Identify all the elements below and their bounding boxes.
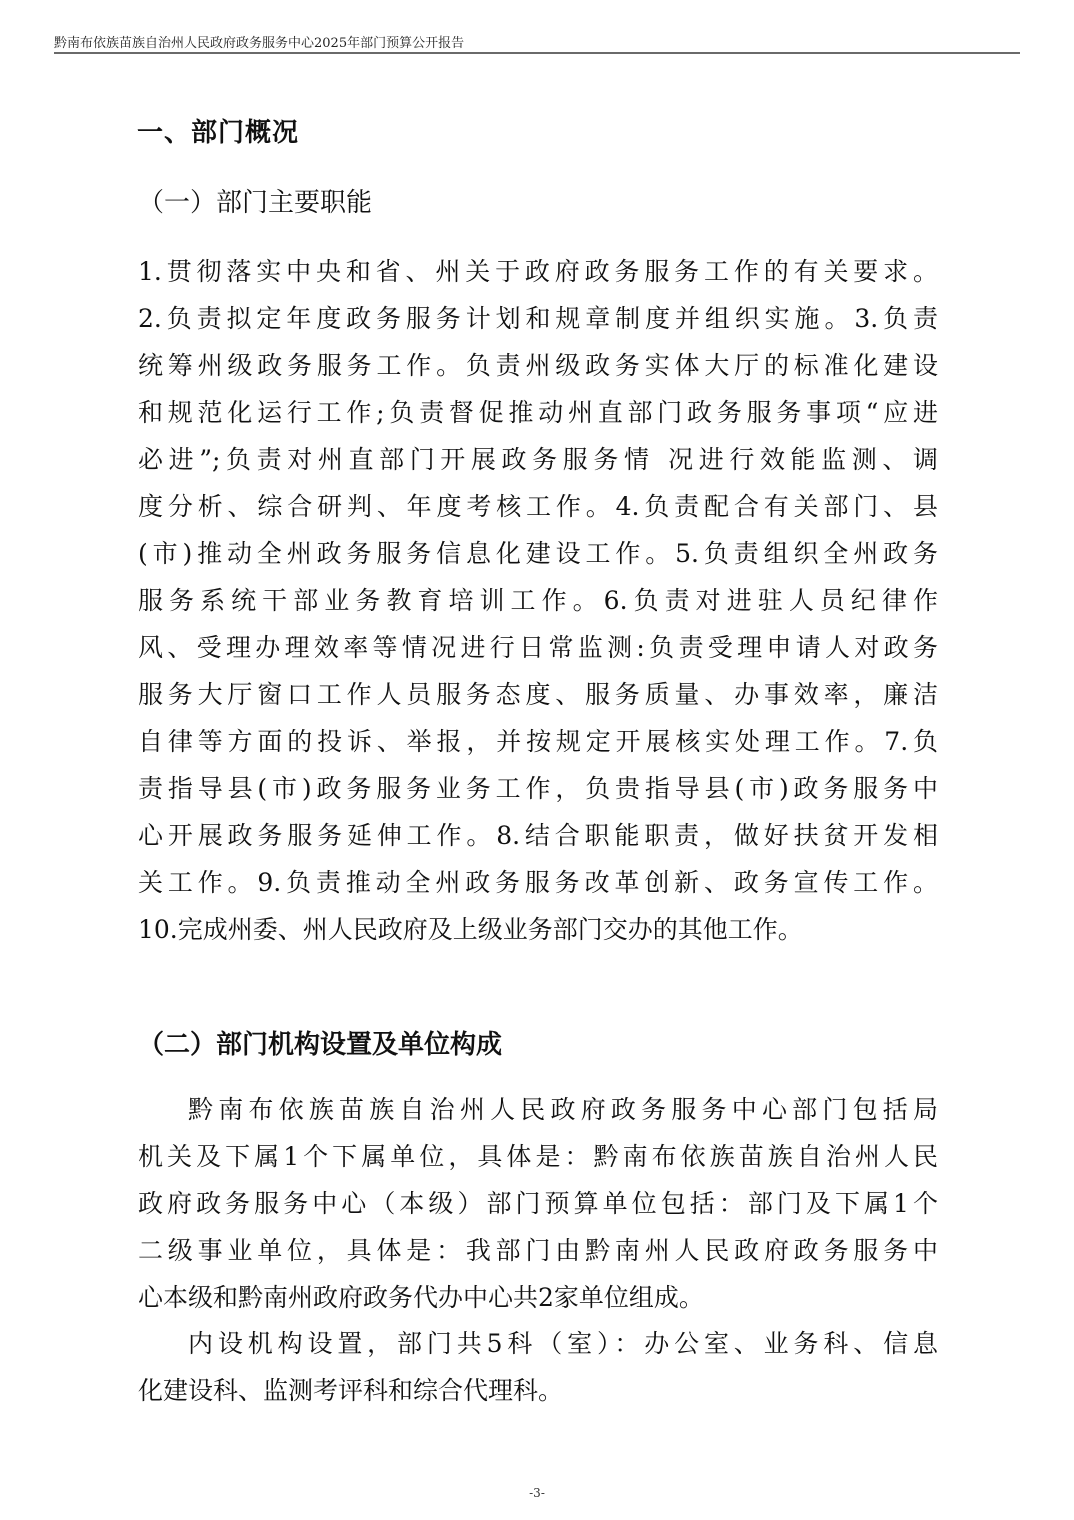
page-number: -3- [0, 1486, 1074, 1500]
text-line: 1.贯彻落实中央和省、州关于政府政务服务工作的有关要求。 [138, 248, 938, 295]
text-line: 统筹州级政务服务工作。负责州级政务实体大厅的标准化建设 [138, 342, 938, 389]
subsection-heading-functions: （一）部门主要职能 [138, 182, 372, 219]
text-line: 10.完成州委、州人民政府及上级业务部门交办的其他工作。 [138, 906, 938, 953]
text-line: 心本级和黔南州政府政务代办中心共2家单位组成。 [138, 1274, 938, 1321]
text-line: 必进”;负责对州直部门开展政务服务情 况进行效能监测、调 [138, 436, 938, 483]
header-divider [54, 52, 1020, 54]
text-line: (市)推动全州政务服务信息化建设工作。5.负责组织全州政务 [138, 530, 938, 577]
text-line: 2.负责拟定年度政务服务计划和规章制度并组织实施。3.负责 [138, 295, 938, 342]
text-line: 内设机构设置，部门共5科（室）：办公室、业务科、信息 [138, 1320, 938, 1367]
text-line: 化建设科、监测考评科和综合代理科。 [138, 1367, 938, 1414]
section-heading: 一、部门概况 [137, 112, 299, 149]
text-line: 黔南布依族苗族自治州人民政府政务服务中心部门包括局 [138, 1086, 938, 1133]
text-line: 政府政务服务中心（本级）部门预算单位包括：部门及下属1个 [138, 1180, 938, 1227]
text-line: 心开展政务服务延伸工作。8.结合职能职责，做好扶贫开发相 [138, 812, 938, 859]
functions-paragraph: 1.贯彻落实中央和省、州关于政府政务服务工作的有关要求。 2.负责拟定年度政务服… [138, 248, 938, 953]
text-line: 关工作。9.负责推动全州政务服务改革创新、政务宣传工作。 [138, 859, 938, 906]
text-line: 责指导县(市)政务服务业务工作，负贵指导县(市)政务服务中 [138, 765, 938, 812]
text-line: 服务系统干部业务教育培训工作。6.负责对进驻人员纪律作 [138, 577, 938, 624]
text-line: 机关及下属1个下属单位，具体是：黔南布依族苗族自治州人民 [138, 1133, 938, 1180]
subsection-heading-structure: （二）部门机构设置及单位构成 [138, 1024, 502, 1061]
text-line: 风、受理办理效率等情况进行日常监测:负责受理申请人对政务 [138, 624, 938, 671]
internal-units-paragraph: 内设机构设置，部门共5科（室）：办公室、业务科、信息 化建设科、监测考评科和综合… [138, 1320, 938, 1414]
text-line: 和规范化运行工作;负责督促推动州直部门政务服务事项“应进 [138, 389, 938, 436]
text-line: 自律等方面的投诉、举报，并按规定开展核实处理工作。7.负 [138, 718, 938, 765]
running-header: 黔南布依族苗族自治州人民政府政务服务中心2025年部门预算公开报告 [54, 32, 464, 51]
text-line: 服务大厅窗口工作人员服务态度、服务质量、办事效率，廉洁 [138, 671, 938, 718]
text-line: 度分析、综合研判、年度考核工作。4.负责配合有关部门、县 [138, 483, 938, 530]
text-line: 二级事业单位，具体是：我部门由黔南州人民政府政务服务中 [138, 1227, 938, 1274]
structure-paragraph: 黔南布依族苗族自治州人民政府政务服务中心部门包括局 机关及下属1个下属单位，具体… [138, 1086, 938, 1321]
